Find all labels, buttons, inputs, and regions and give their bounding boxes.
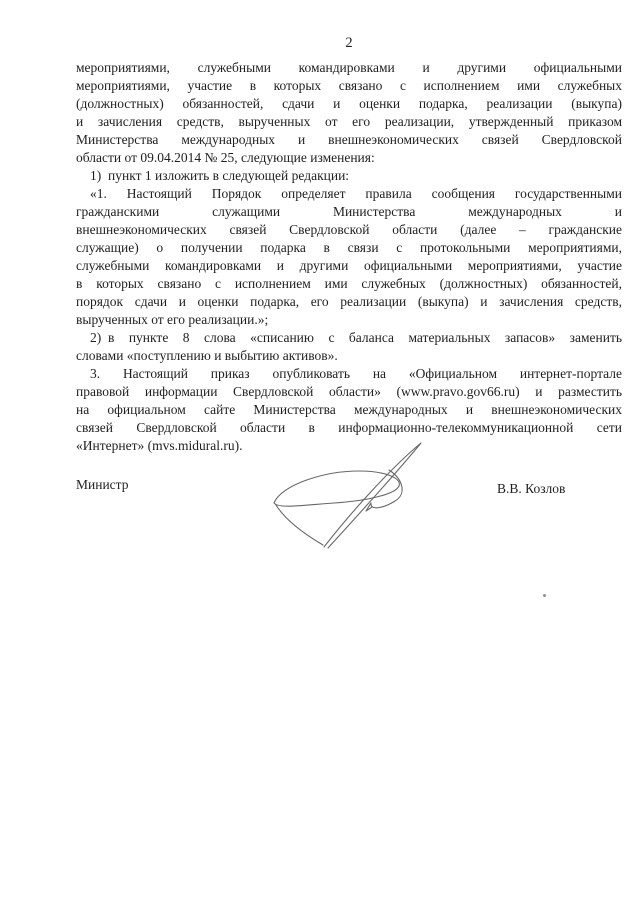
text-line: «1. Настоящий Порядок определяет правила… [76, 185, 622, 203]
text-line: на официальном сайте Министерства междун… [76, 401, 622, 419]
document-body: мероприятиями, служебными командировками… [76, 59, 622, 455]
text-line: в которых связано с исполнением ими служ… [76, 275, 622, 293]
minister-title: Министр [76, 477, 128, 493]
text-line: порядок сдачи и оценки подарка, его реал… [76, 293, 622, 311]
text-line: словами «поступлению и выбытию активов». [76, 347, 622, 365]
text-line: Министерства международных и внешнеэконо… [76, 131, 622, 149]
text-line: служащие) о получении подарка в связи с … [76, 239, 622, 257]
text-line: служебными командировками и другими офиц… [76, 257, 622, 275]
text-line: гражданскими служащими Министерства межд… [76, 203, 622, 221]
signer-name: В.В. Козлов [497, 481, 565, 497]
text-line: мероприятиями, служебными командировками… [76, 59, 622, 77]
text-line: правовой информации Свердловской области… [76, 383, 622, 401]
page-number: 2 [76, 35, 622, 52]
text-line: (должностных) обязанностей, сдачи и оцен… [76, 95, 622, 113]
text-line: и зачисления средств, вырученных от его … [76, 113, 622, 131]
signature-image [268, 437, 430, 552]
document-page: 2 мероприятиями, служебными командировка… [0, 0, 640, 905]
text-line: 1) пункт 1 изложить в следующей редакции… [76, 167, 622, 185]
text-line: внешнеэкономических связей Свердловской … [76, 221, 622, 239]
text-line: 2) в пункте 8 слова «списанию с баланса … [76, 329, 622, 347]
text-line: связей Свердловской области в информацио… [76, 419, 622, 437]
text-line: мероприятиями, участие в которых связано… [76, 77, 622, 95]
scan-artifact-dot [543, 594, 546, 597]
text-line: области от 09.04.2014 № 25, следующие из… [76, 149, 622, 167]
text-line: вырученных от его реализации.»; [76, 311, 622, 329]
text-line: 3. Настоящий приказ опубликовать на «Офи… [76, 365, 622, 383]
